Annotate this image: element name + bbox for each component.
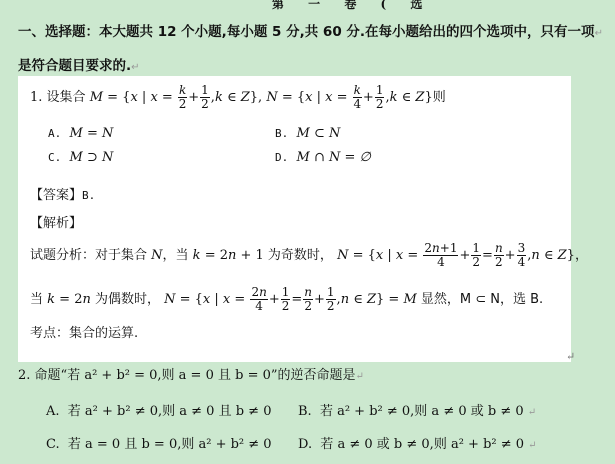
question1-image-box: 1. 设集合 M = {x | x = k2+12,k ∈ Z}, N = {x… [18, 76, 571, 362]
question1-stem: 1. 设集合 M = {x | x = k2+12,k ∈ Z}, N = {x… [30, 84, 446, 111]
question2-stem: 2. 命题“若 a² + b² = 0,则 a = 0 且 b = 0”的逆否命… [18, 364, 364, 383]
q1-option-b[interactable]: B. M ⊂ N [275, 126, 340, 141]
paragraph-mark-icon: ↵ [528, 440, 536, 451]
q2-option-d[interactable]: D. 若 a ≠ 0 或 b ≠ 0,则 a² + b² ≠ 0 ↵ [298, 433, 537, 452]
answer-line: 【答案】B. [30, 184, 95, 203]
q2-option-a[interactable]: A. 若 a² + b² ≠ 0,则 a ≠ 0 且 b ≠ 0 [46, 400, 271, 419]
paragraph-mark-icon: ↵ [566, 350, 575, 363]
q2-option-b[interactable]: B. 若 a² + b² ≠ 0,则 a ≠ 0 或 b ≠ 0 ↵ [298, 400, 536, 419]
paragraph-mark-icon: ↵ [528, 407, 536, 418]
heading-line-2: 是符合题目要求的. [18, 58, 131, 74]
paragraph-mark-icon: ↵ [356, 371, 364, 382]
q1-option-d[interactable]: D. M ∩ N = ∅ [275, 150, 371, 165]
paragraph-mark-icon: ↵ [595, 28, 603, 39]
key-point: 考点：集合的运算. [30, 322, 138, 341]
analysis-line-2: 当 k = 2n 为偶数时， N = {x | x = 2n4+12=n2+12… [30, 286, 543, 313]
q1-option-a[interactable]: A. M = N [48, 126, 113, 141]
analysis-line-1: 试题分析：对于集合 N，当 k = 2n + 1 为奇数时， N = {x | … [30, 242, 588, 269]
section-heading: 一、选择题：本大题共 12 个小题,每小题 5 分,共 60 分.在每小题给出的… [18, 16, 608, 84]
q2-option-c[interactable]: C. 若 a = 0 且 b = 0,则 a² + b² ≠ 0 [46, 433, 272, 452]
cut-off-title: 第 一 卷 ( 选 [0, 0, 615, 6]
heading-line-1: 一、选择题：本大题共 12 个小题,每小题 5 分,共 60 分.在每小题给出的… [18, 24, 595, 40]
analysis-label: 【解析】 [30, 212, 82, 231]
paragraph-mark-icon: ↵ [131, 62, 139, 73]
q1-option-c[interactable]: C. M ⊃ N [48, 150, 113, 165]
